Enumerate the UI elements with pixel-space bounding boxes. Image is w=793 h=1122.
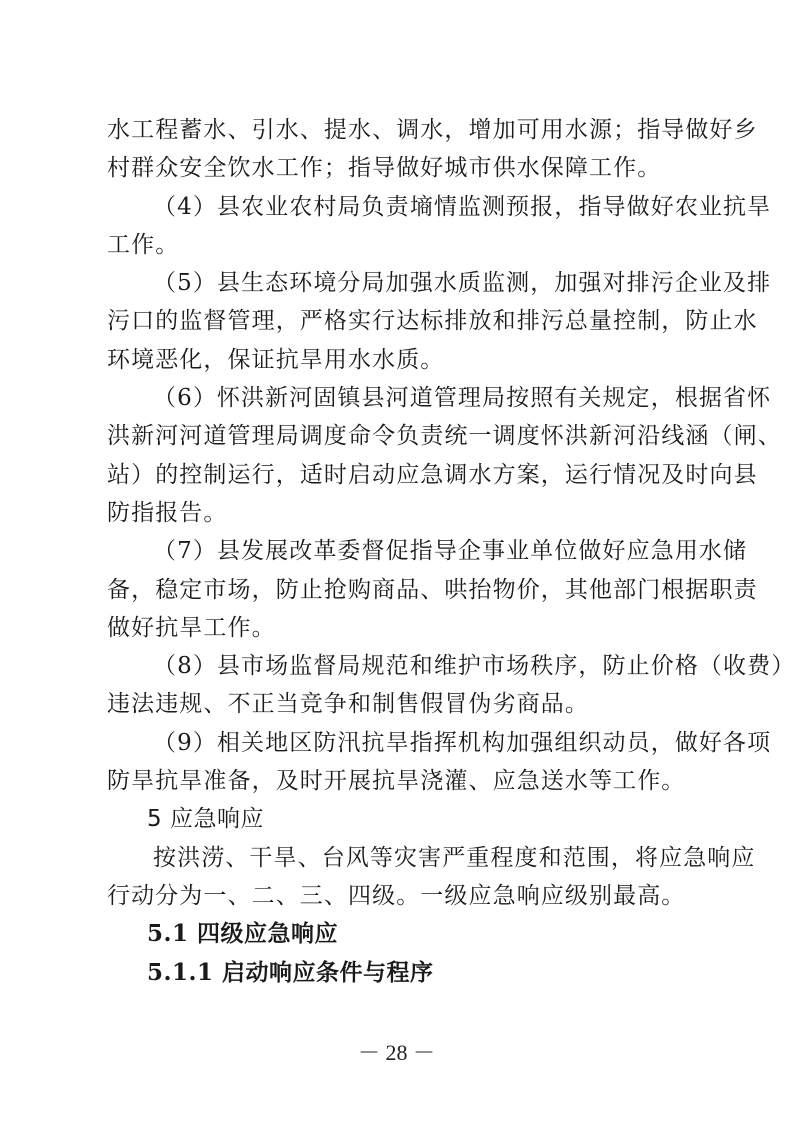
text-line: 工作。 [107,226,689,264]
paragraph-6-start: （6）怀洪新河固镇县河道管理局按照有关规定，根据省怀 [107,379,689,417]
text-line: 防指报告。 [107,494,689,532]
section-heading-5: 5 应急响应 [107,800,689,838]
text-line: 村群众安全饮水工作；指导做好城市供水保障工作。 [107,149,689,187]
text-line: 污口的监督管理，严格实行达标排放和排污总量控制，防止水 [107,302,689,340]
text-line: 防旱抗旱准备，及时开展抗旱浇灌、应急送水等工作。 [107,762,689,800]
paragraph-9-start: （9）相关地区防汛抗旱指挥机构加强组织动员，做好各项 [107,724,689,762]
paragraph-7-start: （7）县发展改革委督促指导企事业单位做好应急用水储 [107,532,689,570]
text-line: 违法违规、不正当竞争和制售假冒伪劣商品。 [107,685,689,723]
paragraph-response-levels: 按洪涝、干旱、台风等灾害严重程度和范围，将应急响应 [107,839,689,877]
paragraph-8-start: （8）县市场监督局规范和维护市场秩序，防止价格（收费） [107,647,689,685]
text-line: 水工程蓄水、引水、提水、调水，增加可用水源；指导做好乡 [107,111,689,149]
paragraph-5-start: （5）县生态环境分局加强水质监测，加强对排污企业及排 [107,264,689,302]
section-heading-5-1-1: 5.1.1 启动响应条件与程序 [107,954,689,992]
document-page: 水工程蓄水、引水、提水、调水，增加可用水源；指导做好乡 村群众安全饮水工作；指导… [0,0,793,1122]
paragraph-4-start: （4）县农业农村局负责墒情监测预报，指导做好农业抗旱 [107,188,689,226]
text-line: 洪新河河道管理局调度命令负责统一调度怀洪新河沿线涵（闸、 [107,417,689,455]
section-heading-5-1: 5.1 四级应急响应 [107,915,689,953]
text-line: 行动分为一、二、三、四级。一级应急响应级别最高。 [107,877,689,915]
page-number: － 28 － [0,1036,793,1067]
text-line: 备，稳定市场，防止抢购商品、哄抬物价，其他部门根据职责 [107,571,689,609]
text-line: 环境恶化，保证抗旱用水水质。 [107,341,689,379]
document-body: 水工程蓄水、引水、提水、调水，增加可用水源；指导做好乡 村群众安全饮水工作；指导… [107,111,689,992]
text-line: 做好抗旱工作。 [107,609,689,647]
text-line: 站）的控制运行，适时启动应急调水方案，运行情况及时向县 [107,456,689,494]
